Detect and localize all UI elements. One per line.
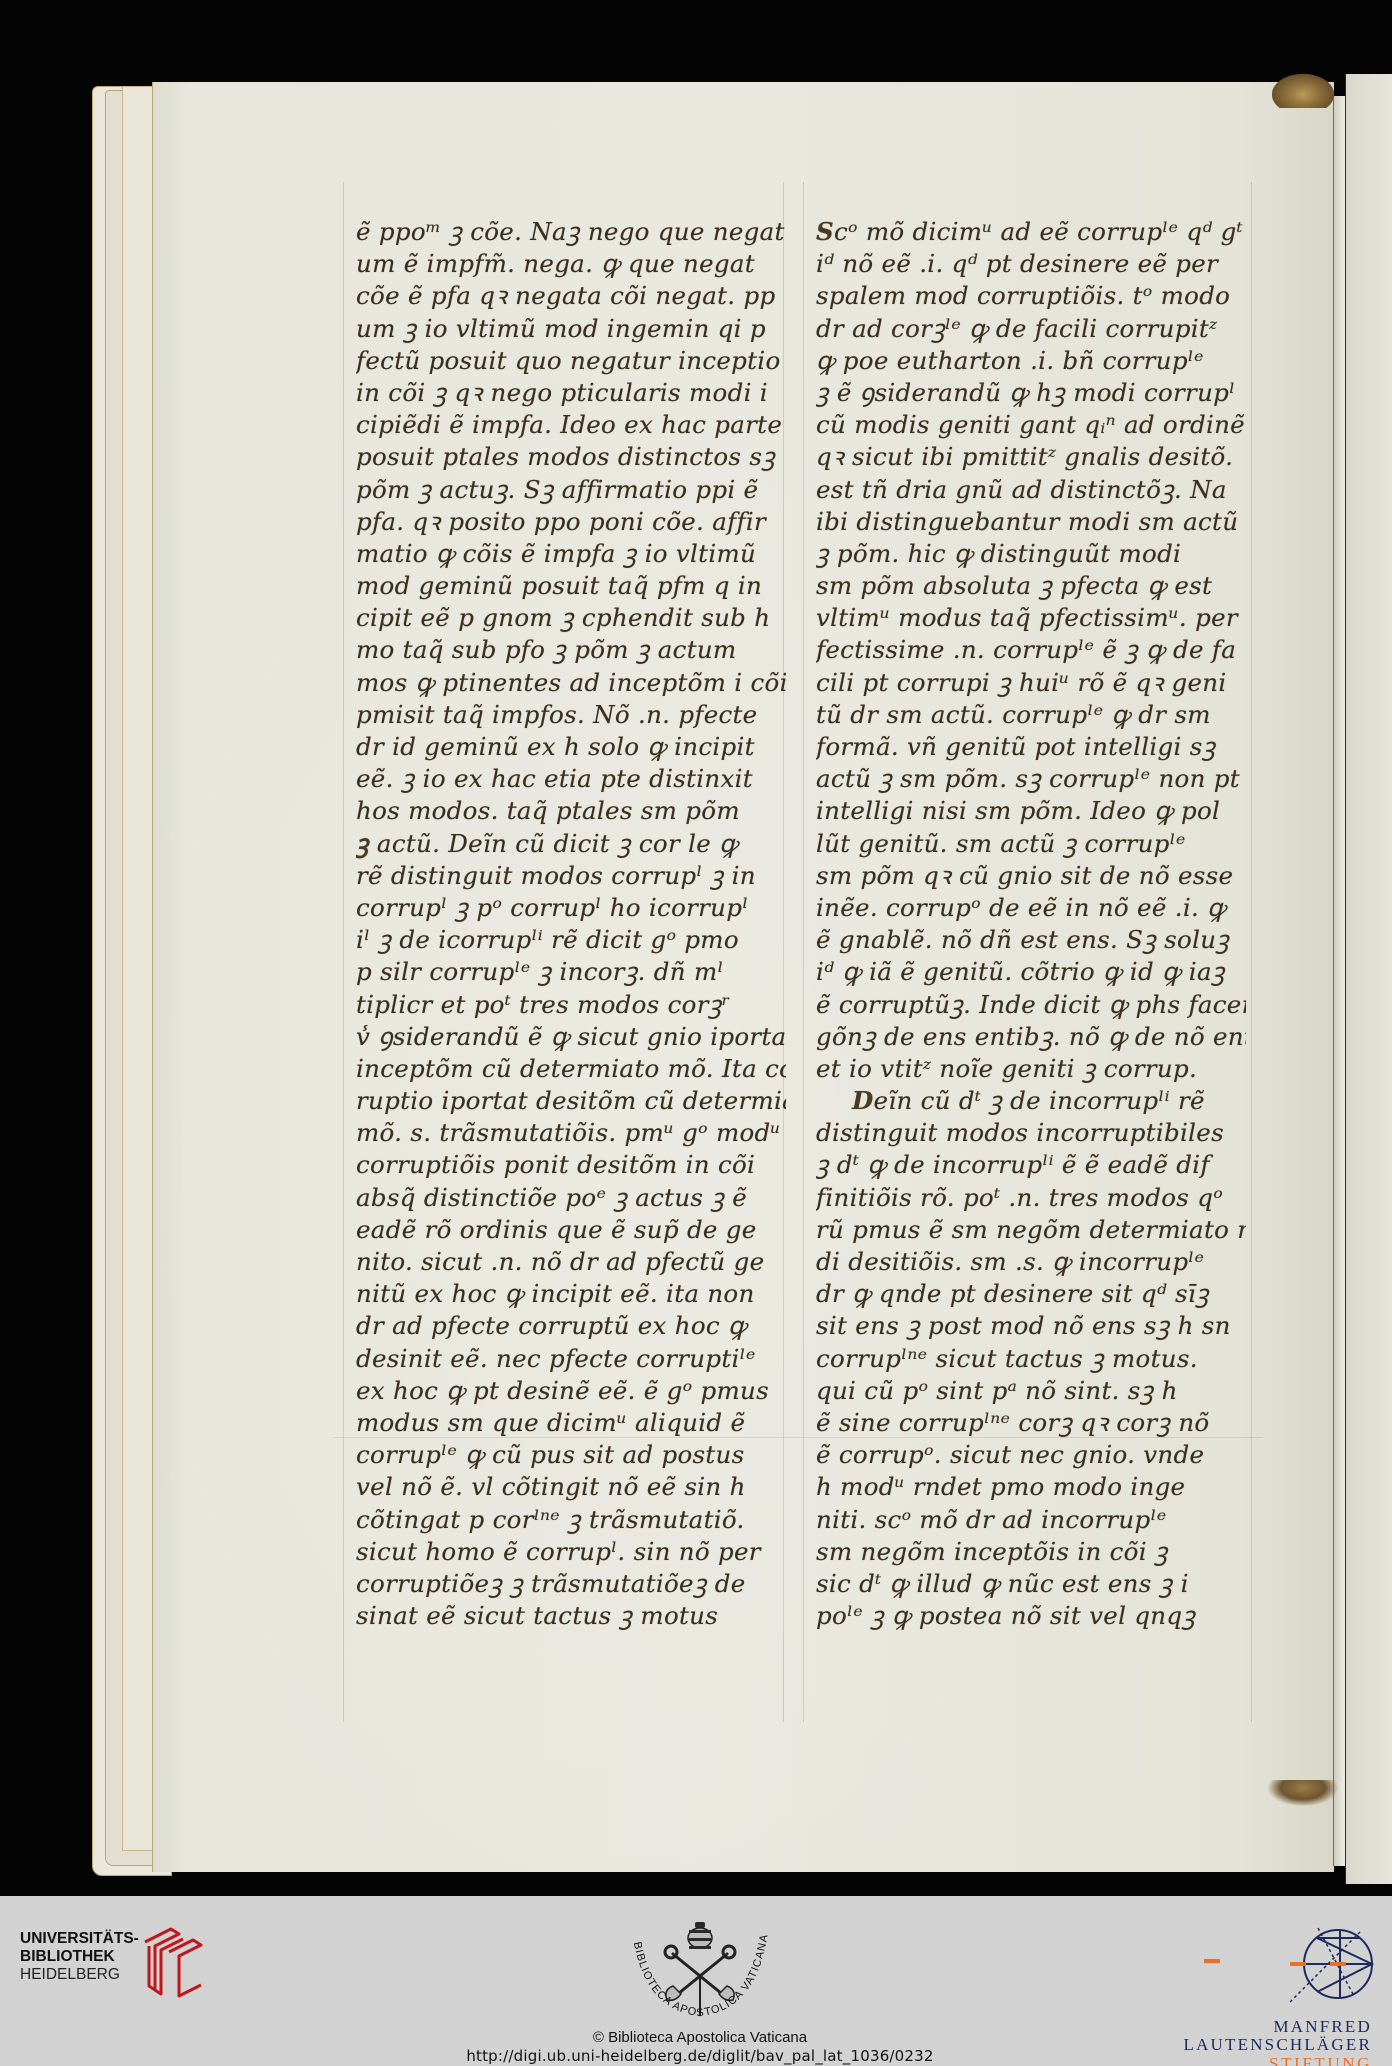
text-line: finitiõis rõ. poᵗ .n. tres modos qᵒ [816, 1182, 1246, 1214]
text-line: inẽe. corrupᵒ de eẽ in nõ eẽ .i. ꝙ [816, 892, 1246, 924]
text-line: intelligi nisi sm põm. Ideo ꝙ pol [816, 795, 1246, 827]
text-line: cili pt corrupi ꝫ huiᵘ rõ ẽ qꝛ geni [816, 667, 1246, 699]
text-line: sinat eẽ sicut tactus ꝫ motus [356, 1600, 786, 1632]
text-line: ẽ corruptũꝫ. Inde dicit ꝙ phs facere [816, 989, 1246, 1021]
ub-logo-line: HEIDELBERG [20, 1966, 139, 1984]
sponsor-name-line: LAUTENSCHLÄGER [1183, 2035, 1372, 2054]
text-line: um ẽ impfm̃. nega. ꝙ que negat [356, 248, 786, 280]
text-line: corrupˡⁿᵉ sicut tactus ꝫ motus. [816, 1343, 1246, 1375]
binding-gutter [1333, 96, 1345, 1866]
text-column-right: Scᵒ mõ dicimᵘ ad eẽ corrupˡᵉ qᵈ gᵗ iᵈ nõ… [816, 216, 1246, 1632]
text-line: sic dᵗ ꝙ illud ꝙ nũc est ens ꝫ i [816, 1568, 1246, 1600]
text-line: nito. sicut .n. nõ dr ad pfectũ ge [356, 1246, 786, 1278]
sponsor-name-line: STIFTUNG [1269, 2054, 1372, 2066]
copyright-notice: © Biblioteca Apostolica Vaticana [500, 2029, 900, 2046]
text-line: actũ ꝫ sm põm. sꝫ corrupˡᵉ non pt [816, 763, 1246, 795]
text-line: nitũ ex hoc ꝙ incipit eẽ. ita non [356, 1278, 786, 1310]
text-line: dr ad corꝫˡᵉ ꝙ de facili corrupitᶻ [816, 313, 1246, 345]
text-line: mo taq̃ sub pfo ꝫ põm ꝫ actum [356, 634, 786, 666]
text-line: iᵈ nõ eẽ .i. qᵈ pt desinere eẽ per [816, 248, 1246, 280]
text-line: corrupˡ ꝫ pᵒ corrupˡ ho icorrupˡ [356, 892, 786, 924]
text-line: rẽ distinguit modos corrupˡ ꝫ in [356, 860, 786, 892]
text-line: p silr corrupˡᵉ ꝫ incorꝫ. dñ mˡ [356, 956, 786, 988]
text-line: mod geminũ posuit taq̃ pfm q in [356, 570, 786, 602]
text-line: eadẽ rõ ordinis que ẽ sup̃ de ge [356, 1214, 786, 1246]
ruling-line [1251, 182, 1252, 1722]
binding-tailband [1268, 1780, 1338, 1806]
text-line: iᵈ ꝙ iã ẽ genitũ. cõtrio ꝙ id ꝙ iaꝫ [816, 956, 1246, 988]
text-line: sit ens ꝫ post mod nõ ens sꝫ h sn [816, 1310, 1246, 1342]
text-line: hos modos. taq̃ ptales sm põm [356, 795, 786, 827]
text-line: absq̃ distinctiõe poᵉ ꝫ actus ꝫ ẽ [356, 1182, 786, 1214]
text-line: põm ꝫ actuꝫ. Sꝫ affirmatio ppi ẽ [356, 474, 786, 506]
text-line: vel nõ ẽ. vl cõtingit nõ eẽ sin h [356, 1471, 786, 1503]
text-line: et io vtitᶻ noĩe geniti ꝫ corrup. [816, 1053, 1246, 1085]
text-line: sm negõm inceptõis in cõi ꝫ [816, 1536, 1246, 1568]
text-line: ex hoc ꝙ pt desinẽ eẽ. ẽ gᵒ pmus [356, 1375, 786, 1407]
viewer-footer: UNIVERSITÄTS- BIBLIOTHEK HEIDELBERG [0, 1896, 1392, 2066]
text-line: cõtingat p corˡⁿᵉ ꝫ trãsmutatiõ. [356, 1504, 786, 1536]
compass-circle-triangle-icon [1290, 1926, 1378, 2008]
text-line: sicut homo ẽ corrupˡ. sin nõ per [356, 1536, 786, 1568]
text-line: cũ modis geniti gant qᵢⁿ ad ordinẽ [816, 409, 1246, 441]
text-line: h modᵘ rndet pmo modo inge [816, 1471, 1246, 1503]
text-line: corruptiõis ponit desitõm in cõi [356, 1149, 786, 1181]
text-line: spalem mod corruptiõis. tᵒ modo [816, 280, 1246, 312]
bav-logo-block: BIBLIOTECA APOSTOLICA VATICANA © Bibliot… [500, 1896, 900, 2066]
ub-heidelberg-logo[interactable]: UNIVERSITÄTS- BIBLIOTHEK HEIDELBERG [20, 1930, 220, 2010]
text-line: mõ. s. trãsmutatiõis. pmᵘ gᵒ modᵘ [356, 1117, 786, 1149]
text-line: ruptio iportat desitõm cũ determiato [356, 1085, 786, 1117]
facing-leaf-edge [1345, 74, 1392, 1884]
text-line: eẽ. ꝫ io ex hac etia pte distinxit [356, 763, 786, 795]
text-line: ꝫ dᵗ ꝙ de incorrupˡⁱ ẽ ẽ eadẽ dif [816, 1149, 1246, 1181]
text-line: tiplicr et poᵗ tres modos corꝫʳ [356, 989, 786, 1021]
text-line: pfa. qꝛ posito ppo poni cõe. affir [356, 506, 786, 538]
text-line: ẽ ppoᵐ ꝫ cõe. Naꝫ nego que negat pp [356, 216, 786, 248]
text-line: cõe ẽ pfa qꝛ negata cõi negat. pp [356, 280, 786, 312]
ub-logo-line: BIBLIOTHEK [20, 1948, 139, 1966]
text-line: inceptõm cũ determiato mõ. Ita cor [356, 1053, 786, 1085]
orange-dash-decoration [1204, 1959, 1220, 1963]
text-line: cipiẽdi ẽ impfa. Ideo ex hac parte [356, 409, 786, 441]
text-line: distinguit modos incorruptibiles [816, 1117, 1246, 1149]
text-line: ibi distinguebantur modi sm actũ [816, 506, 1246, 538]
text-line: vltimᵘ modus taq̃ pfectissimᵘ. per [816, 602, 1246, 634]
text-line: tũ dr sm actũ. corrupˡᵉ ꝙ dr sm [816, 699, 1246, 731]
ub-heidelberg-wordmark: UNIVERSITÄTS- BIBLIOTHEK HEIDELBERG [20, 1930, 139, 1984]
text-line: qꝛ sicut ibi pmittitᶻ gnalis desitõ. [816, 441, 1246, 473]
text-line: ꝫ põm. hic ꝙ distinguũt modi [816, 538, 1246, 570]
text-line: qui cũ pᵒ sint pᵃ nõ sint. sꝫ h [816, 1375, 1246, 1407]
text-line: di desitiõis. sm .s. ꝙ incorrupˡᵉ [816, 1246, 1246, 1278]
text-line: v̾ ꝯsiderandũ ẽ ꝙ sicut gnio iportat [356, 1021, 786, 1053]
text-line: cipit eẽ p gnom ꝫ cphendit sub h [356, 602, 786, 634]
text-line: ẽ corrupᵒ. sicut nec gnio. vnde [816, 1439, 1246, 1471]
sponsor-logo[interactable]: MANFRED LAUTENSCHLÄGER STIFTUNG [1150, 1896, 1392, 2066]
text-line: formã. vñ genitũ pot intelligi sꝫ [816, 731, 1246, 763]
ruling-line [803, 182, 804, 1722]
ruling-line [343, 182, 344, 1722]
text-line: niti. scᵒ mõ dr ad incorrupˡᵉ [816, 1504, 1246, 1536]
text-line: in cõi ꝫ qꝛ nego pticularis modi i [356, 377, 786, 409]
papal-keys-tiara-seal-icon[interactable]: BIBLIOTECA APOSTOLICA VATICANA [615, 1916, 785, 2026]
text-line: iˡ ꝫ de icorrupˡⁱ rẽ dicit gᵒ pmo [356, 924, 786, 956]
text-line: dr ad pfecte corruptũ ex hoc ꝙ [356, 1310, 786, 1342]
text-column-left: ẽ ppoᵐ ꝫ cõe. Naꝫ nego que negat pp um ẽ… [356, 216, 786, 1632]
binding-headband [1272, 74, 1334, 108]
text-line: poˡᵉ ꝫ ꝙ postea nõ sit vel qnqꝫ [816, 1600, 1246, 1632]
text-line: um ꝫ io vltimũ mod ingemin qi p [356, 313, 786, 345]
text-line: pmisit taq̃ impfos. Nõ .n. pfecte [356, 699, 786, 731]
ub-logo-line: UNIVERSITÄTS- [20, 1930, 139, 1948]
manuscript-scan: ẽ ppoᵐ ꝫ cõe. Naꝫ nego que negat pp um ẽ… [0, 0, 1392, 1896]
text-line: dr id geminũ ex h solo ꝙ incipit [356, 731, 786, 763]
text-line: matio ꝙ cõis ẽ impfa ꝫ io vltimũ [356, 538, 786, 570]
ub-heidelberg-book-mark-icon [141, 1924, 215, 2002]
text-line: sm põm absoluta ꝫ pfecta ꝙ est [816, 570, 1246, 602]
text-line: ꝫ ẽ ꝯsiderandũ ꝙ hꝫ modi corrupˡ [816, 377, 1246, 409]
text-line: lũt genitũ. sm actũ ꝫ corrupˡᵉ [816, 828, 1246, 860]
text-line: dr ꝙ qnde pt desinere sit qᵈ sīꝫ [816, 1278, 1246, 1310]
text-line: ꝙ poe eutharton .i. bñ corrupˡᵉ [816, 345, 1246, 377]
text-line: corruptiõeꝫ ꝫ trãsmutatiõeꝫ de [356, 1568, 786, 1600]
text-line: ẽ gnablẽ. nõ dñ est ens. Sꝫ soluꝫ [816, 924, 1246, 956]
sponsor-name-line: MANFRED [1273, 2017, 1372, 2036]
text-line: modus sm que dicimᵘ aliquid ẽ [356, 1407, 786, 1439]
paragraph-start-line: ꝫ actũ. Deĩn cũ dicit ꝫ cor le ꝙ [356, 828, 786, 860]
paragraph-start-line: Deĩn cũ dᵗ ꝫ de incorrupˡⁱ rẽ [816, 1085, 1246, 1117]
text-line: desinit eẽ. nec pfecte corruptiˡᵉ [356, 1343, 786, 1375]
text-line: mos ꝙ ptinentes ad inceptõm i cõi [356, 667, 786, 699]
text-line: ẽ sine corrupˡⁿᵉ corꝫ qꝛ corꝫ nõ [816, 1407, 1246, 1439]
text-line: est tñ dria gnũ ad distinctõꝫ. Na [816, 474, 1246, 506]
text-line: sm põm qꝛ cũ gnio sit de nõ esse [816, 860, 1246, 892]
text-line: gõnꝫ de ens entibꝫ. nõ ꝙ de nõ entibꝫ [816, 1021, 1246, 1053]
permalink-url[interactable]: http://digi.ub.uni-heidelberg.de/diglit/… [400, 2047, 1000, 2065]
text-line: posuit ptales modos distinctos sꝫ [356, 441, 786, 473]
text-line: fectissime .n. corrupˡᵉ ẽ ꝫ ꝙ de fa [816, 634, 1246, 666]
text-line: fectũ posuit quo negatur inceptio [356, 345, 786, 377]
text-line: rũ pmus ẽ sm negõm determiato mo [816, 1214, 1246, 1246]
text-line: corrupˡᵉ ꝙ cũ pus sit ad postus [356, 1439, 786, 1471]
paragraph-start-line: Scᵒ mõ dicimᵘ ad eẽ corrupˡᵉ qᵈ gᵗ [816, 216, 1246, 248]
